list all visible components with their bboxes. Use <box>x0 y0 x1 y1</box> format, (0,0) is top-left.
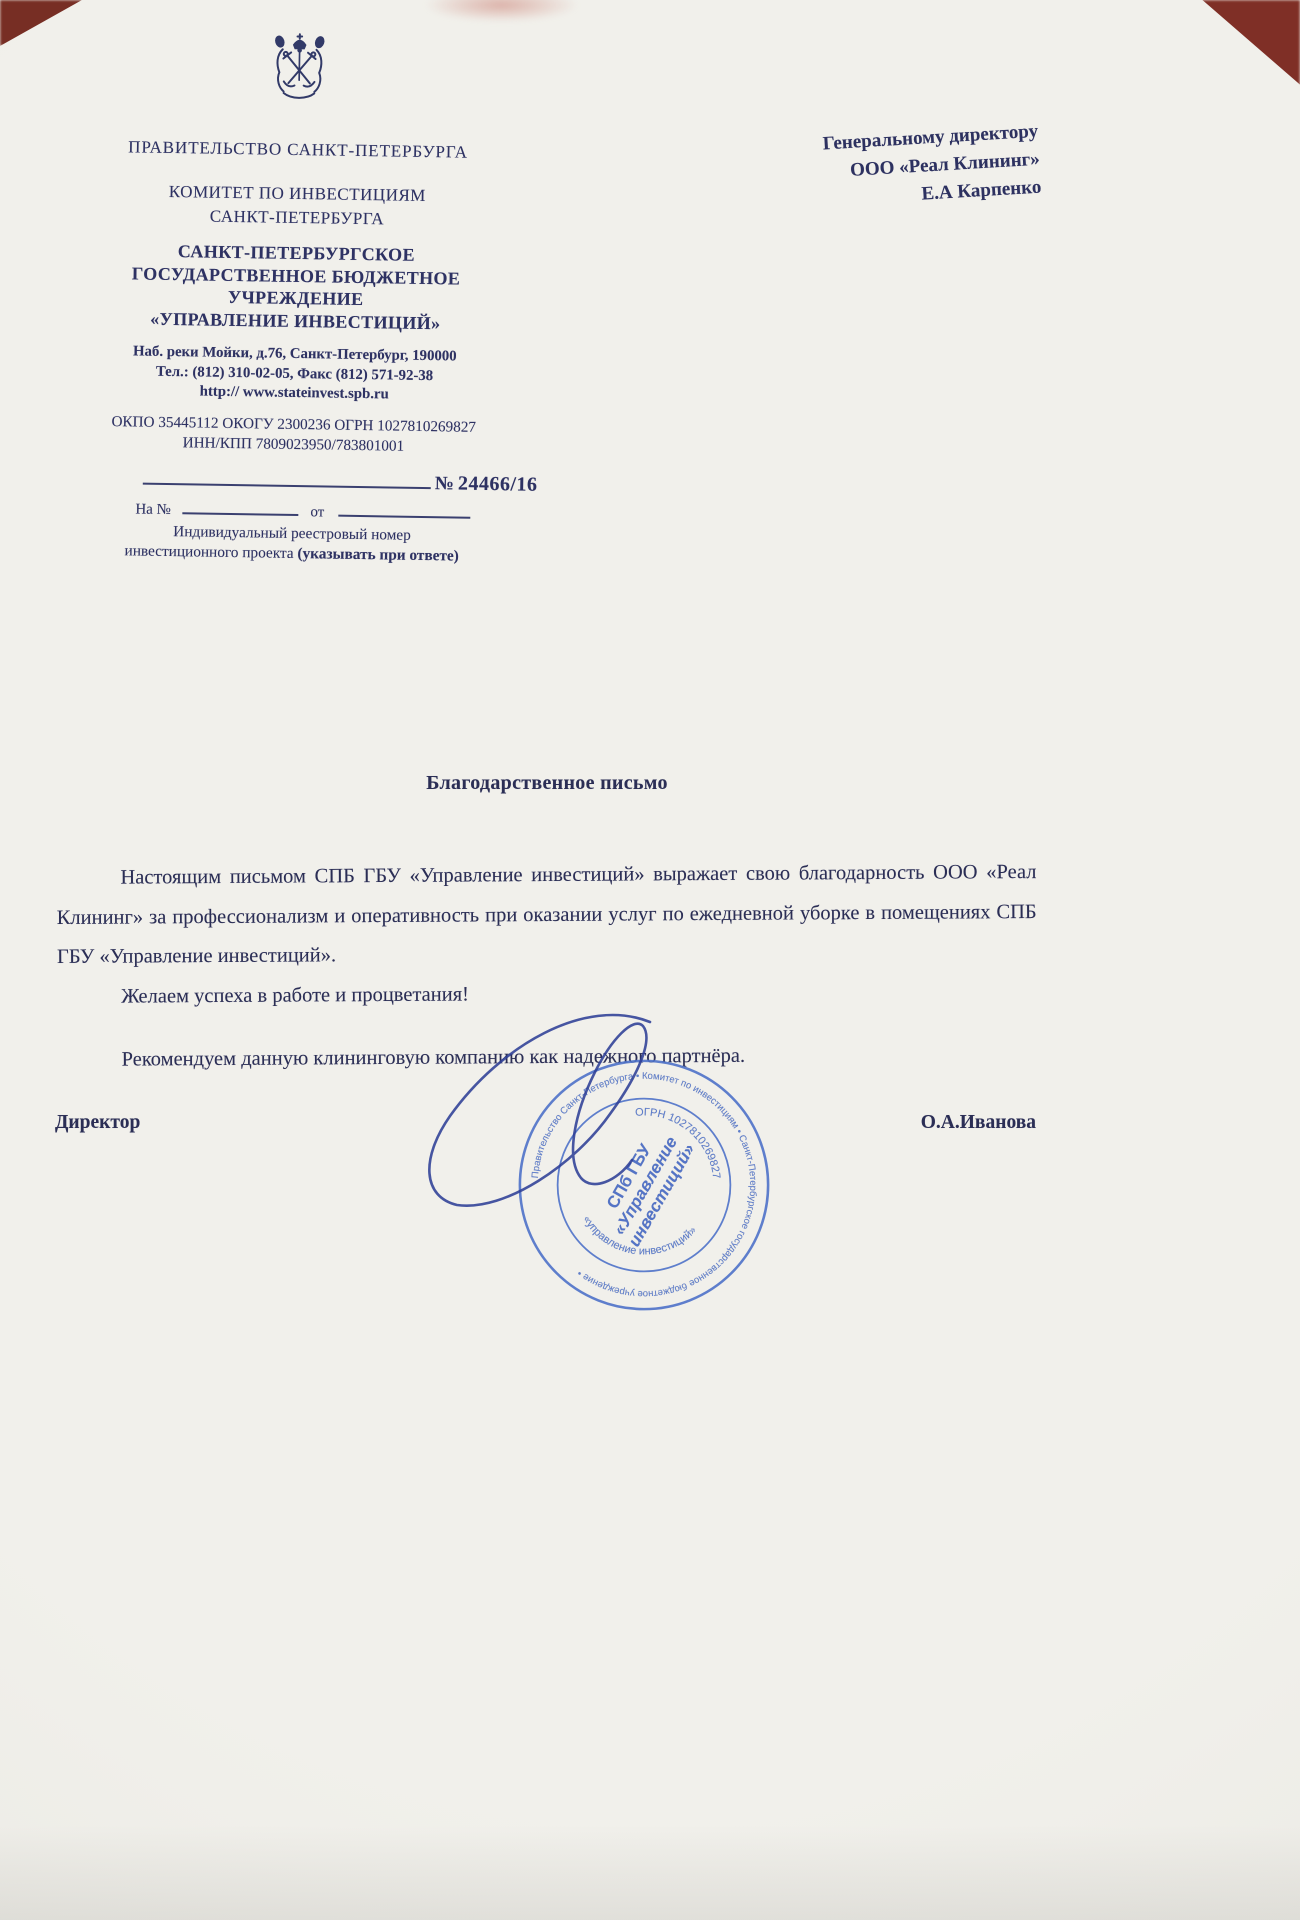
signer-position: Директор <box>55 1112 140 1134</box>
handwritten-signature <box>405 1002 705 1237</box>
government-line: ПРАВИТЕЛЬСТВО САНКТ-ПЕТЕРБУРГА <box>53 136 543 164</box>
registry-note: Индивидуальный реестровый номер инвестиц… <box>47 520 538 568</box>
scan-smudge <box>424 0 579 22</box>
number-sign: № <box>435 473 454 494</box>
signer-name: О.А.Иванова <box>830 1112 1036 1134</box>
contact-block: Наб. реки Мойки, д.76, Санкт-Петербург, … <box>49 341 540 407</box>
registration-codes: ОКПО 35445112 ОКОГУ 2300236 ОГРН 1027810… <box>48 411 539 459</box>
reply-number-blank <box>183 499 299 516</box>
letterhead-block: ПРАВИТЕЛЬСТВО САНКТ-ПЕТЕРБУРГА КОМИТЕТ П… <box>47 22 545 567</box>
committee-name: КОМИТЕТ ПО ИНВЕСТИЦИЯМ САНКТ-ПЕТЕРБУРГА <box>52 178 543 234</box>
organization-name: САНКТ-ПЕТЕРБУРГСКОЕ ГОСУДАРСТВЕННОЕ БЮДЖ… <box>50 238 541 336</box>
scan-bottom-shadow <box>0 1825 1300 1920</box>
scanned-letter-page: ПРАВИТЕЛЬСТВО САНКТ-ПЕТЕРБУРГА КОМИТЕТ П… <box>0 0 1300 1920</box>
paragraph-1: Настоящим письмом СПБ ГБУ «Управление ин… <box>56 853 1037 977</box>
spb-coat-of-arms-icon <box>253 25 346 116</box>
reply-date-blank <box>338 501 470 518</box>
outgoing-number-row: № 24466/16 <box>48 466 538 497</box>
scan-corner-mark-right <box>1178 0 1300 92</box>
na-no-label: На № <box>135 501 171 518</box>
date-blank-line <box>143 469 431 489</box>
ot-label: от <box>310 504 324 520</box>
letter-title: Благодарственное письмо <box>57 772 1037 795</box>
outgoing-number: 24466/16 <box>458 472 538 495</box>
recipient-block: Генеральному директору ООО «Реал Клининг… <box>688 118 1042 223</box>
